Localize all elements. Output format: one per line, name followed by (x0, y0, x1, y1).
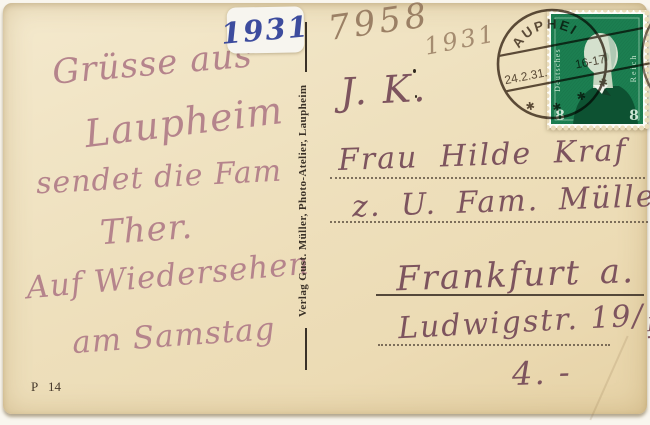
address-city-underline (376, 294, 644, 296)
sticker-year-text: 1931 (220, 9, 311, 51)
postmark-star: ✱ (598, 77, 609, 91)
address-rule-3 (378, 344, 610, 346)
address-floor: III (646, 313, 650, 338)
address-initials: J. K. (339, 66, 428, 114)
postmark-second-arc (642, 0, 650, 118)
postmark-star: ✱ (576, 90, 587, 104)
postmark-town-text: LAUPHEIM (478, 0, 583, 61)
year-sticker: 1931 (227, 6, 305, 53)
postmark-star: ✱ (525, 100, 536, 114)
address-rule-1 (330, 177, 645, 179)
svg-text:LAUPHEIM: LAUPHEIM (478, 0, 583, 61)
postmark-time-text: 16-17 (574, 52, 607, 72)
publisher-imprint: Verlag Gust. Müller, Photo-Atelier, Laup… (295, 76, 311, 326)
address-rule-2 (330, 221, 648, 223)
postmark-star: ✱ (551, 101, 562, 115)
message-line-4: Ther. (99, 207, 195, 253)
postcard-scan: Grüsse aus Laupheim sendet die Fam Ther.… (0, 0, 650, 425)
divider-bottom-line (305, 328, 307, 370)
printer-code: P 14 (31, 379, 61, 395)
postmark: LAUPHEIM 24.2.31. 16-17 ✱ ✱ ✱ ✱ (478, 0, 650, 140)
address-note: 4. - (511, 353, 572, 393)
